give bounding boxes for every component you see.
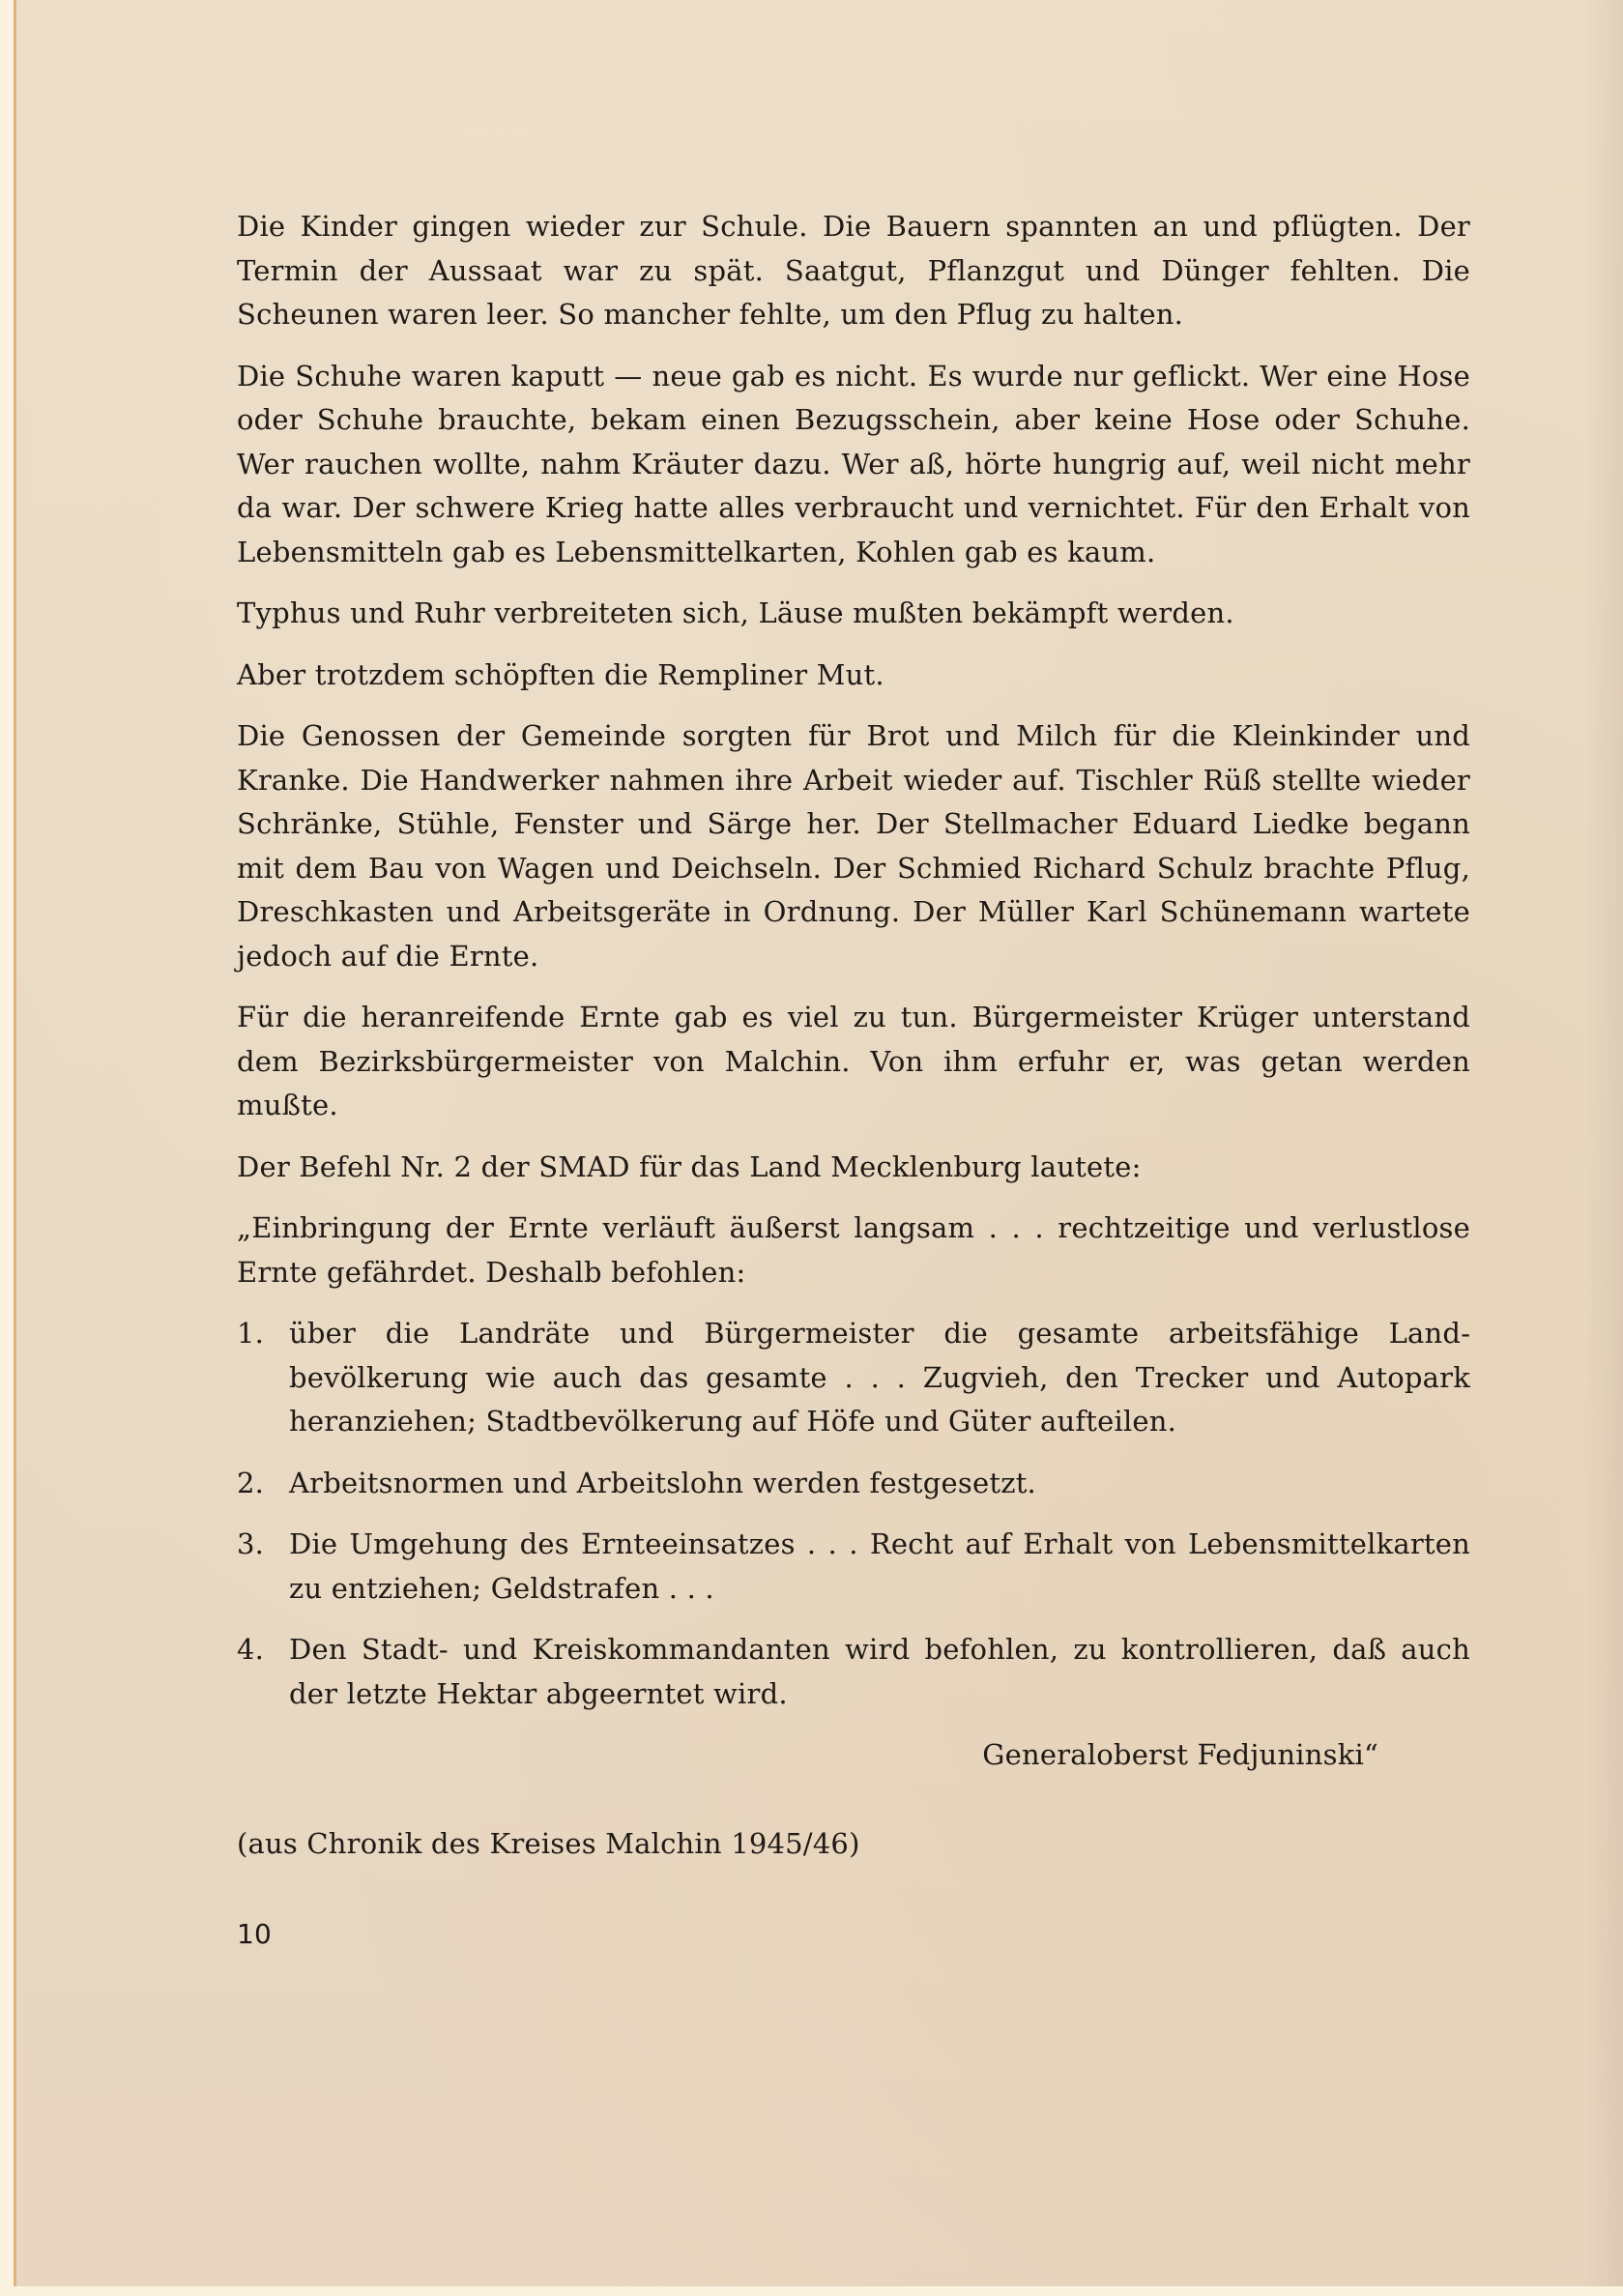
paragraph-typhus: Typhus und Ruhr verbreiteten sich, Läuse…: [237, 592, 1470, 636]
paragraph-children-school: Die Kinder gingen wieder zur Schule. Die…: [237, 205, 1470, 337]
order-item-number: 3.: [237, 1523, 289, 1611]
order-item: 1. über die Landräte und Bürgermeister d…: [237, 1312, 1470, 1444]
order-item-number: 1.: [237, 1312, 289, 1444]
document-page: Die Kinder gingen wieder zur Schule. Die…: [14, 0, 1623, 2286]
paragraph-harvest: Für die heranreifende Ernte gab es viel …: [237, 996, 1470, 1128]
order-item-text: Arbeitsnormen und Arbeitslohn werden fes…: [289, 1462, 1470, 1506]
order-item-number: 2.: [237, 1462, 289, 1506]
source-citation: (aus Chronik des Kreises Malchin 1945/46…: [237, 1822, 1470, 1867]
page-body: Die Kinder gingen wieder zur Schule. Die…: [237, 205, 1470, 1957]
paragraph-courage: Aber trotzdem schöpften die Rempliner Mu…: [237, 654, 1470, 698]
order-item-number: 4.: [237, 1628, 289, 1716]
signature: Generaloberst Fedjuninski“: [237, 1733, 1470, 1778]
order-item: 4. Den Stadt- und Kreiskommandanten wird…: [237, 1628, 1470, 1716]
order-item: 2. Arbeitsnormen und Arbeitslohn werden …: [237, 1462, 1470, 1506]
paragraph-order-intro: Der Befehl Nr. 2 der SMAD für das Land M…: [237, 1146, 1470, 1190]
paragraph-order-quote: „Einbringung der Ernte verläuft äußerst …: [237, 1206, 1470, 1294]
page-number: 10: [237, 1912, 1470, 1957]
order-item: 3. Die Umgehung des Ernteeinsatzes . . .…: [237, 1523, 1470, 1611]
paragraph-shortages: Die Schuhe waren kaputt — neue gab es ni…: [237, 355, 1470, 575]
paragraph-craftsmen: Die Genossen der Gemeinde sorgten für Br…: [237, 714, 1470, 978]
order-item-text: über die Landräte und Bürgermeister die …: [289, 1312, 1470, 1444]
order-item-text: Die Umgehung des Ernteeinsatzes . . . Re…: [289, 1523, 1470, 1611]
order-list: 1. über die Landräte und Bürgermeister d…: [237, 1312, 1470, 1716]
order-item-text: Den Stadt- und Kreiskommandanten wird be…: [289, 1628, 1470, 1716]
